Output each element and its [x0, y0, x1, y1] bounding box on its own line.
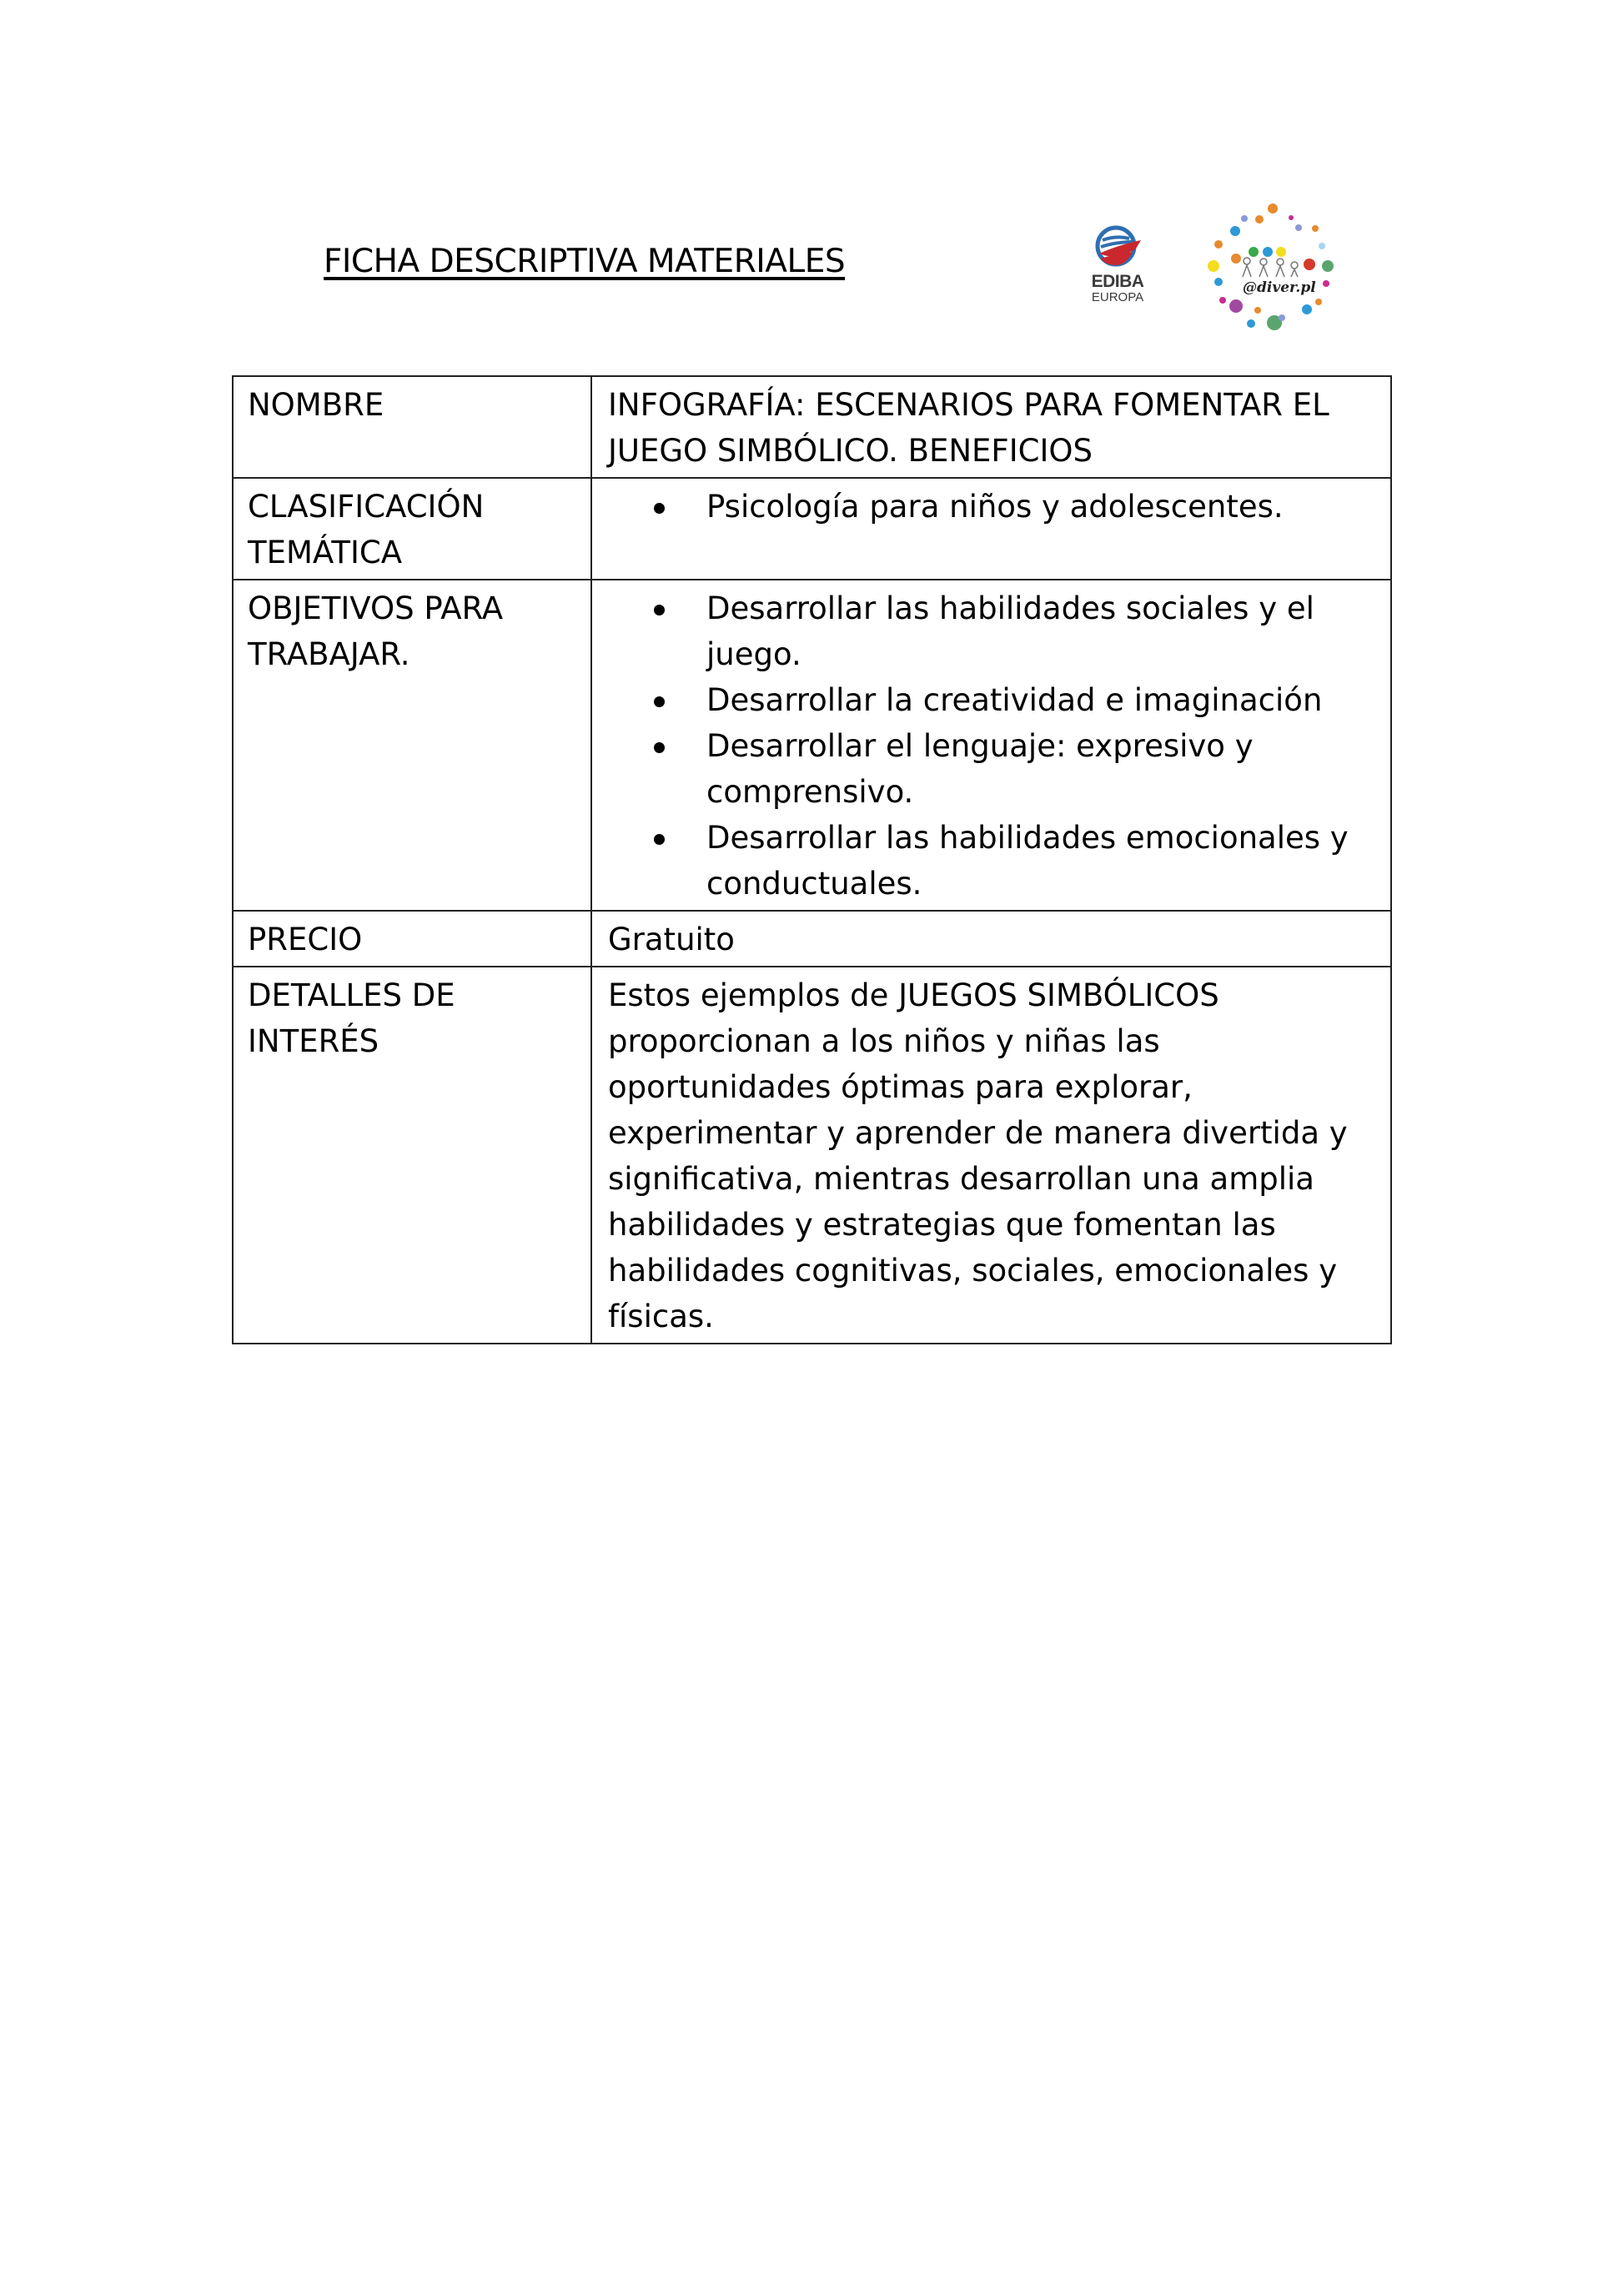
diver-logo-text: @diver.pl [1243, 279, 1316, 296]
table-row-nombre: NOMBRE INFOGRAFÍA: ESCENARIOS PARA FOMEN… [233, 376, 1391, 478]
row-value-clasificacion: Psicología para niños y adolescentes. [591, 478, 1391, 580]
row-label: OBJETIVOS PARA TRABAJAR. [233, 580, 591, 911]
ediba-globe-icon [1093, 224, 1143, 270]
table-row-precio: PRECIO Gratuito [233, 911, 1391, 967]
row-label: PRECIO [233, 911, 591, 967]
list-item: Desarrollar las habilidades emocionales … [706, 815, 1377, 907]
row-value-precio: Gratuito [591, 911, 1391, 967]
row-label: DETALLES DE INTERÉS [233, 967, 591, 1344]
list-item: Desarrollar las habilidades sociales y e… [706, 585, 1377, 677]
ediba-logo-text: EDIBA [1084, 272, 1151, 292]
row-label: CLASIFICACIÓN TEMÁTICA [233, 478, 591, 580]
page-title: FICHA DESCRIPTIVA MATERIALES [324, 244, 845, 280]
diver-dots-icon [1201, 200, 1359, 334]
row-label: NOMBRE [233, 376, 591, 478]
row-value-detalles: Estos ejemplos de JUEGOS SIMBÓLICOS prop… [591, 967, 1391, 1344]
row-value-objetivos: Desarrollar las habilidades sociales y e… [591, 580, 1391, 911]
diver-logo: @diver.pl [1201, 200, 1359, 334]
bullet-list: Desarrollar las habilidades sociales y e… [608, 585, 1377, 907]
materials-table: NOMBRE INFOGRAFÍA: ESCENARIOS PARA FOMEN… [232, 375, 1392, 1344]
list-item: Psicología para niños y adolescentes. [706, 484, 1377, 530]
bullet-list: Psicología para niños y adolescentes. [608, 484, 1377, 530]
ediba-europa-logo: EDIBA EUROPA [1084, 224, 1151, 310]
ediba-logo-subtitle: EUROPA [1084, 290, 1151, 304]
list-item: Desarrollar la creatividad e imaginación [706, 677, 1377, 723]
table-row-objetivos: OBJETIVOS PARA TRABAJAR. Desarrollar las… [233, 580, 1391, 911]
list-item: Desarrollar el lenguaje: expresivo y com… [706, 723, 1377, 815]
row-value-nombre: INFOGRAFÍA: ESCENARIOS PARA FOMENTAR EL … [591, 376, 1391, 478]
table-row-detalles: DETALLES DE INTERÉS Estos ejemplos de JU… [233, 967, 1391, 1344]
table-row-clasificacion: CLASIFICACIÓN TEMÁTICA Psicología para n… [233, 478, 1391, 580]
